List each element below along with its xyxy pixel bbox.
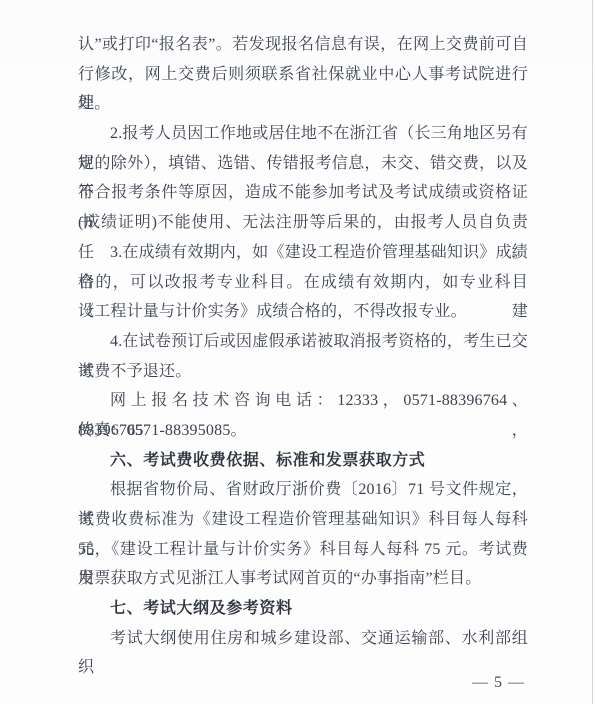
document-line: 理。	[78, 89, 528, 119]
document-line: 认”或打印“报名表”。若发现报名信息有误，在网上交费前可自	[78, 30, 528, 60]
document-line: 符合报考条件等原因，造成不能参加考试及考试成绩或资格证书	[78, 178, 528, 208]
document-line: 试费收费标准为《建设工程造价管理基础知识》科目每人每科 55	[78, 505, 528, 535]
section-heading-syllabus: 七、考试大纲及参考资料	[78, 594, 528, 624]
document-line: (成绩证明)不能使用、无法注册等后果的，由报考人员自负责任。	[78, 208, 528, 238]
contact-phone-line: 网上报名技术咨询电话：12333，0571-88396764、88396765，	[78, 386, 528, 416]
page-number: — 5 —	[472, 668, 525, 698]
document-line: 发票获取方式见浙江人事考试网首页的“办事指南”栏目。	[78, 564, 528, 594]
document-line: 根据省物价局、省财政厅浙价费〔2016〕71 号文件规定，考	[78, 475, 528, 505]
document-line: 元，《建设工程计量与计价实务》科目每人每科 75 元。考试费用	[78, 535, 528, 565]
document-line: 2.报考人员因工作地或居住地不在浙江省（长三角地区另有规	[78, 119, 528, 149]
document-line: 定的除外），填错、选错、传错报考信息，未交、错交费，以及不	[78, 149, 528, 179]
document-page: 认”或打印“报名表”。若发现报名信息有误，在网上交费前可自 行修改，网上交费后则…	[0, 0, 595, 704]
section-heading-fees: 六、考试费收费依据、标准和发票获取方式	[78, 446, 528, 476]
document-line: 试费不予退还。	[78, 357, 528, 387]
document-body: 认”或打印“报名表”。若发现报名信息有误，在网上交费前可自 行修改，网上交费后则…	[78, 30, 528, 653]
scan-edge-line	[592, 0, 593, 704]
document-line: 考试大纲使用住房和城乡建设部、交通运输部、水利部组织	[78, 624, 528, 654]
document-line: 行修改，网上交费后则须联系省社保就业中心人事考试院进行处	[78, 60, 528, 90]
document-line: 设工程计量与计价实务》成绩合格的，不得改报专业。	[78, 297, 528, 327]
document-line: 格的，可以改报考专业科目。在成绩有效期内，如专业科目《建	[78, 268, 528, 298]
document-line: 3.在成绩有效期内，如《建设工程造价管理基础知识》成绩合	[78, 238, 528, 268]
document-line: 4.在试卷预订后或因虚假承诺被取消报考资格的，考生已交考	[78, 327, 528, 357]
